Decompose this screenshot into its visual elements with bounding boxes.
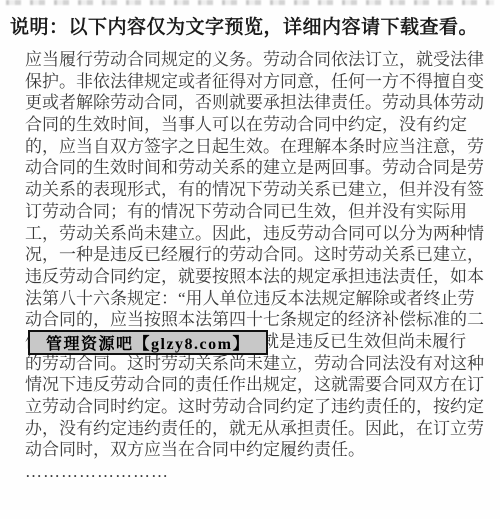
- watermark-badge: 管理资源吧【glzy8.com】: [28, 330, 268, 355]
- document-line: 保护。非依法律规定或者征得对方同意，任何一方不得擅自变: [25, 71, 487, 93]
- document-line: 违反劳动合同约定，就要按照本法的规定承担违法责任，如本: [25, 266, 487, 288]
- document-line: 动合同时，双方应当在合同中约定履约责任。: [25, 439, 487, 461]
- trailing-ellipsis: ……………………: [25, 461, 487, 483]
- document-line: 工，劳动关系尚未建立。因此，违反劳动合同可以分为两种情: [25, 223, 487, 245]
- document-line: 情况下违反劳动合同的责任作出规定，这就需要合同双方在订: [25, 374, 487, 396]
- preview-notice-heading: 说明：以下内容仅为文字预览，详细内容请下载查看。: [10, 12, 478, 39]
- document-line: 况，一种是违反已经履行的劳动合同。这时劳动关系已建立，: [25, 244, 487, 266]
- document-line: 法第八十六条规定：“用人单位违反本法规定解除或者终止劳: [25, 288, 487, 310]
- document-line: 动关系的表现形式，有的情况下劳动关系已建立，但并没有签: [25, 179, 487, 201]
- document-preview-page: 说明：以下内容仅为文字预览，详细内容请下载查看。 应当履行劳动合同规定的义务。劳…: [0, 0, 500, 519]
- document-body: 应当履行劳动合同规定的义务。劳动合同依法订立，就受法律 保护。非依法律规定或者征…: [25, 49, 487, 483]
- document-line: 动合同的生效时间和劳动关系的建立是两回事。劳动合同是劳: [25, 157, 487, 179]
- document-line: 应当履行劳动合同规定的义务。劳动合同依法订立，就受法律: [25, 49, 487, 71]
- document-line: 的，应当自双方签字之日起生效。在理解本条时应当注意，劳: [25, 136, 487, 158]
- document-line: 合同的生效时间，当事人可以在劳动合同中约定，没有约定: [25, 114, 487, 136]
- document-line: 办，没有约定违约责任的，就无从承担责任。因此，在订立劳: [25, 418, 487, 440]
- document-line: 的劳动合同。这时劳动关系尚未建立，劳动合同法没有对这种: [25, 353, 487, 375]
- document-line: 更或者解除劳动合同，否则就要承担法律责任。劳动具体劳动: [25, 92, 487, 114]
- document-line: 订劳动合同；有的情况下劳动合同已生效，但并没有实际用: [25, 201, 487, 223]
- document-line: 立劳动合同时约定。这时劳动合同约定了违约责任的，按约定: [25, 396, 487, 418]
- document-line: 动合同的，应当按照本法第四十七条规定的经济补偿标准的二: [25, 309, 487, 331]
- cropped-text-artifact: [6, 0, 494, 5]
